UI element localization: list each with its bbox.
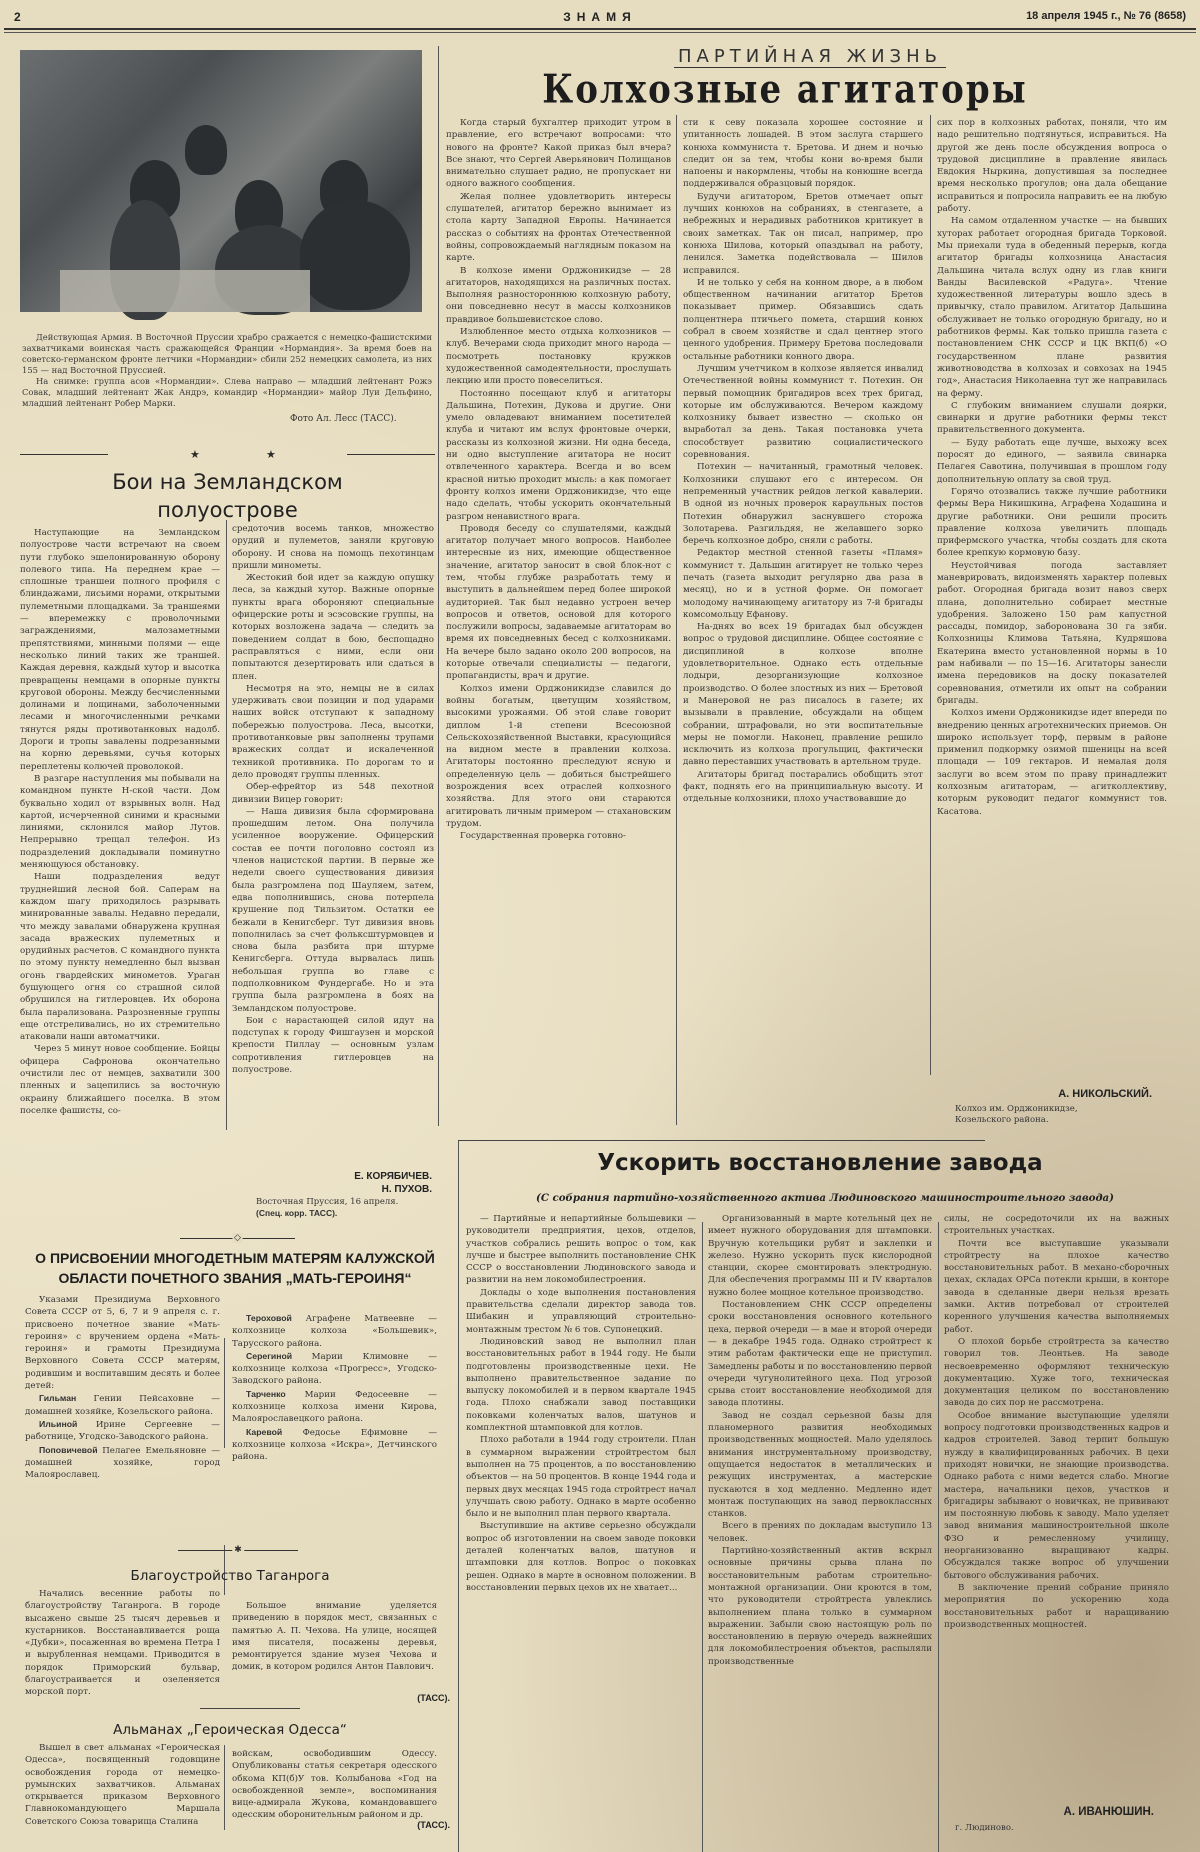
paragraph: Лучшим учетчиком в колхозе является инва… (683, 363, 923, 461)
paragraph: Несмотря на это, немцы не в силах удержи… (232, 683, 434, 781)
divider (900, 1140, 985, 1141)
factory-col2: Организованный в марте котельный цех не … (708, 1213, 932, 1668)
paragraph: В заключение прений собрание приняло мер… (944, 1582, 1169, 1631)
paragraph: Наступающие на Земландском полуострове ч… (20, 527, 220, 773)
zemland-col1: Наступающие на Земландском полуострове ч… (20, 527, 220, 1117)
masthead-rule (4, 28, 1196, 33)
factory-col3: силы, не сосредоточили их на важных стро… (944, 1213, 1169, 1631)
paragraph: средоточив восемь танков, множество оруд… (232, 523, 434, 572)
kolkhoz-col3: сих пор в колхозных работах, поняли, что… (937, 117, 1167, 818)
paragraph: силы, не сосредоточили их на важных стро… (944, 1213, 1169, 1238)
kolkhoz-author-place: Колхоз им. Орджоникидзе, Козельского рай… (955, 1104, 1085, 1126)
ornament-divider: ✱ (178, 1545, 298, 1555)
paragraph: В разгаре наступления мы побывали на ком… (20, 773, 220, 871)
section-rubric: ПАРТИЙНАЯ ЖИЗНЬ (580, 46, 1040, 67)
divider (938, 1222, 939, 1852)
recipient-entry: Ильиной Ирине Сергеевне — работнице, Уго… (25, 1418, 220, 1444)
paragraph: Излюбленное место отдыха колхозников — к… (446, 326, 671, 387)
paragraph: Государственная проверка готовно- (446, 830, 671, 842)
almanac-agency: (ТАСС). (300, 1820, 450, 1830)
taganrog-agency: (ТАСС). (300, 1693, 450, 1703)
recipient-entry: Поповичевой Пелагее Емельяновне — домашн… (25, 1444, 220, 1482)
paragraph: Жестокий бой идет за каждую опушку леса,… (232, 572, 434, 683)
paragraph: Организованный в марте котельный цех не … (708, 1213, 932, 1299)
masthead: 2 ЗНАМЯ 18 апреля 1945 г., № 76 (8658) (14, 4, 1186, 30)
zemland-title: Бои на Земландском полуострове (20, 468, 435, 524)
paragraph: На самом отдаленном участке — на бывших … (937, 215, 1167, 399)
kolkhoz-col1: Когда старый бухгалтер приходит утром в … (446, 117, 671, 843)
zemland-col2: средоточив восемь танков, множество оруд… (232, 523, 434, 1076)
paragraph: Плохо работали в 1944 году строители. Пл… (466, 1434, 696, 1520)
taganrog-col1: Начались весенние работы по благоустройс… (25, 1588, 220, 1699)
paragraph: Обер-ефрейтор из 548 пехотной дивизии Ви… (232, 781, 434, 806)
photo-caption: Действующая Армия. В Восточной Пруссии х… (22, 332, 432, 409)
recipient-entry: Гильман Гении Пейсаховне — домашней хозя… (25, 1392, 220, 1418)
almanac-title: Альманах „Героическая Одесса“ (20, 1722, 440, 1738)
paragraph: Неустойчивая погода заставляет маневриро… (937, 560, 1167, 708)
paragraph: — Наша дивизия была сформирована прошедш… (232, 806, 434, 1015)
paragraph: Постоянно посещают клуб и агитаторы Даль… (446, 388, 671, 523)
divider (458, 1140, 459, 1852)
paragraph: Через 5 минут новое сообщение. Бойцы офи… (20, 1043, 220, 1117)
paragraph: Желая полнее удовлетворить интересы слуш… (446, 191, 671, 265)
paragraph: Наши подразделения ведут труднейший лесн… (20, 871, 220, 1043)
taganrog-title: Благоустройство Таганрога (20, 1568, 440, 1584)
paragraph: Всего в прениях по докладам выступило 13… (708, 1520, 932, 1545)
factory-author-place: г. Людиново. (955, 1823, 1075, 1833)
divider (224, 1745, 225, 1830)
divider (702, 1222, 703, 1852)
almanac-col2: войскам, освободившим Одессу. Опубликова… (232, 1748, 437, 1822)
issue-date: 18 апреля 1945 г., № 76 (8658) (1026, 10, 1186, 22)
paragraph: — Партийные и непартийные большевики — р… (466, 1213, 696, 1287)
paragraph: Особое внимание выступающие уделяли вопр… (944, 1410, 1169, 1582)
recipient-entry: Каревой Федосье Ефимовне — колхознице ко… (232, 1426, 437, 1464)
divider (458, 1140, 938, 1141)
taganrog-col2: Большое внимание уделяется приведению в … (232, 1600, 437, 1674)
normandie-photo (20, 50, 422, 312)
paragraph: Колхоз имени Орджоникидзе славился до во… (446, 683, 671, 831)
paragraph: Агитаторы бригад постарались обобщить эт… (683, 769, 923, 806)
paragraph: Редактор местной стенной газеты «Пламя» … (683, 547, 923, 621)
paragraph: Выступившие на активе серьезно обсуждали… (466, 1520, 696, 1594)
paragraph: сих пор в колхозных работах, поняли, что… (937, 117, 1167, 215)
paragraph: Постановлением СНК СССР определены сроки… (708, 1299, 932, 1410)
paragraph: И не только у себя на конном дворе, а в … (683, 277, 923, 363)
recipient-entry: Серегиной Марии Климовне — колхознице ко… (232, 1350, 437, 1388)
divider (676, 115, 677, 1125)
recipient-entry: Тероховой Аграфене Матвеевне — колхозниц… (232, 1312, 437, 1350)
paragraph: Когда старый бухгалтер приходит утром в … (446, 117, 671, 191)
paragraph: Будучи агитатором, Бретов отмечает опыт … (683, 191, 923, 277)
mothers-col1: Указами Президиума Верховного Совета ССС… (25, 1294, 220, 1481)
divider (226, 520, 227, 1130)
paragraph: На-днях во всех 19 бригадах был обсужден… (683, 621, 923, 769)
paragraph: — Буду работать еще лучше, выхожу всех п… (937, 437, 1167, 486)
paragraph: Потехин — начитанный, грамотный человек.… (683, 461, 923, 547)
paragraph: Колхоз имени Орджоникидзе идет впереди п… (937, 707, 1167, 818)
star-divider: ★ ★ (20, 448, 435, 460)
ornament-divider: ◇ (180, 1233, 295, 1243)
paragraph: Проводя беседу со слушателями, каждый аг… (446, 523, 671, 683)
divider (200, 1708, 300, 1709)
kolkhoz-title: Колхозные агитаторы (450, 67, 1120, 113)
paragraph: сти к севу показала хорошее состояние и … (683, 117, 923, 191)
newspaper-name: ЗНАМЯ (14, 10, 1186, 24)
factory-subtitle: (С собрания партийно-хозяйственного акти… (470, 1192, 1180, 1204)
factory-col1: — Партийные и непартийные большевики — р… (466, 1213, 696, 1594)
paragraph: В колхозе имени Орджоникидзе — 28 агитат… (446, 265, 671, 326)
divider (930, 115, 931, 1075)
paragraph: С глубоким вниманием слушали доярки, сви… (937, 400, 1167, 437)
paragraph: Почти все выступавшие указывали стройтре… (944, 1238, 1169, 1336)
paragraph: Горячо отозвались также лучшие работники… (937, 486, 1167, 560)
paragraph: Бои с нарастающей силой идут на подступа… (232, 1015, 434, 1076)
mothers-col2: Тероховой Аграфене Матвеевне — колхозниц… (232, 1312, 437, 1464)
factory-author: А. ИВАНЮШИН. (944, 1806, 1154, 1818)
paragraph: Завод не создал серьезной базы для плано… (708, 1410, 932, 1521)
divider (224, 1338, 225, 1448)
kolkhoz-col2: сти к севу показала хорошее состояние и … (683, 117, 923, 806)
factory-title: Ускорить восстановление завода (470, 1150, 1170, 1176)
divider (438, 46, 439, 1126)
zemland-authors: Е. КОРЯБИЧЕВ. Н. ПУХОВ. (232, 1170, 432, 1196)
zemland-dateline: Восточная Пруссия, 16 апреля. (Спец. кор… (256, 1197, 436, 1219)
paragraph: Людиновский завод не выполнил план восст… (466, 1336, 696, 1434)
photo-credit: Фото Ал. Лесс (ТАСС). (290, 414, 397, 424)
paragraph: О плохой борьбе стройтреста за качество … (944, 1336, 1169, 1410)
recipient-entry: Тарченко Марии Федосеевне — колхознице к… (232, 1388, 437, 1426)
almanac-col1: Вышел в свет альманах «Героическая Одесс… (25, 1742, 220, 1828)
paragraph: Партийно-хозяйственный актив вскрыл осно… (708, 1545, 932, 1668)
kolkhoz-author: А. НИКОЛЬСКИЙ. (937, 1088, 1152, 1100)
paragraph: Доклады о ходе выполнения постановления … (466, 1287, 696, 1336)
mothers-title: О ПРИСВОЕНИИ МНОГОДЕТНЫМ МАТЕРЯМ КАЛУЖСК… (30, 1248, 440, 1288)
